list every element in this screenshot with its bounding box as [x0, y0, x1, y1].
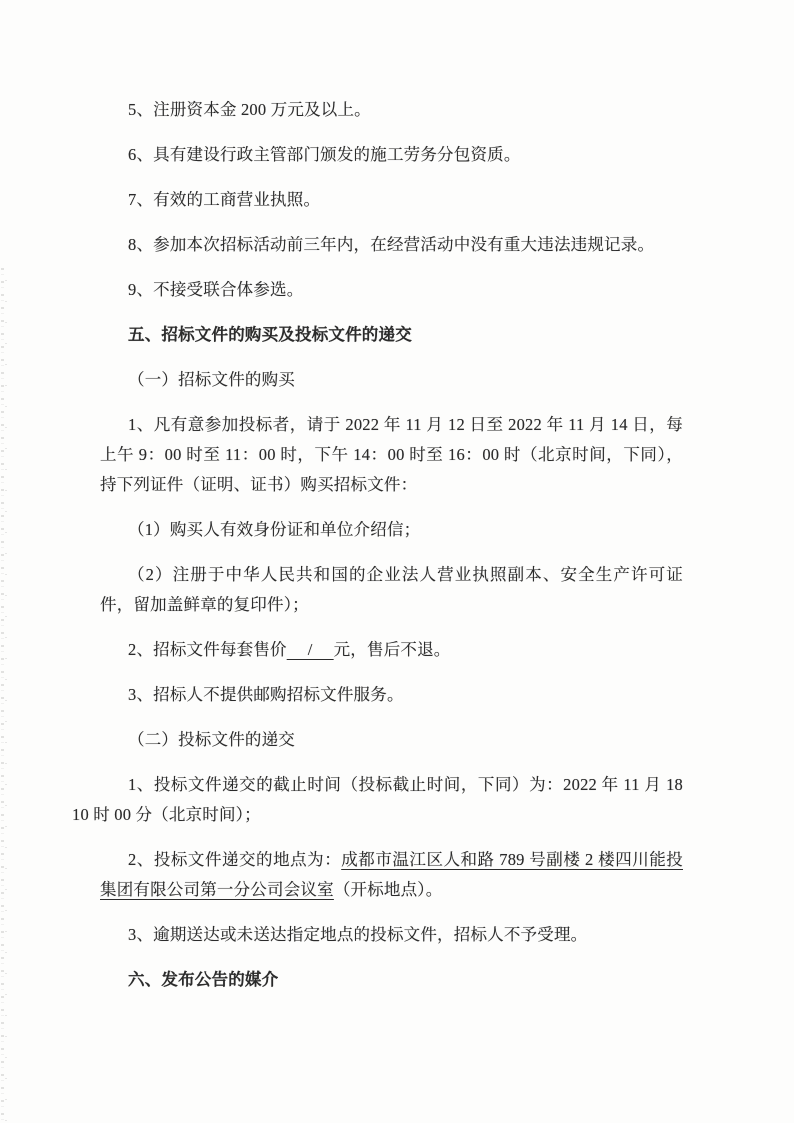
submission-address-line-2: 集团有限公司第一分公司会议室（开标地点）。	[100, 875, 683, 905]
certificate-item-2-line-1: （2）注册于中华人民共和国的企业法人营业执照副本、安全生产许可证（验原	[100, 560, 683, 590]
paragraph-requirement-5: 5、注册资本金 200 万元及以上。	[100, 95, 683, 125]
paragraph-subsection-2-heading: （二）投标文件的递交	[100, 725, 683, 755]
paragraph-requirement-7: 7、有效的工商营业执照。	[100, 185, 683, 215]
address-underlined-part-2: 集团有限公司第一分公司会议室	[100, 880, 334, 899]
paragraph-submission-address: 2、投标文件递交的地点为：成都市温江区人和路 789 号副楼 2 楼四川能投建工…	[100, 845, 683, 905]
section-5-heading: 五、招标文件的购买及投标文件的递交	[100, 320, 683, 350]
paragraph-price: 2、招标文件每套售价 / 元，售后不退。	[100, 635, 683, 665]
paragraph-late-submission: 3、逾期送达或未送达指定地点的投标文件，招标人不予受理。	[100, 920, 683, 950]
requirement-item-8: 8、参加本次招标活动前三年内，在经营活动中没有重大违法违规记录。	[100, 230, 683, 260]
document-body: 5、注册资本金 200 万元及以上。 6、具有建设行政主管部门颁发的施工劳务分包…	[100, 95, 683, 1010]
price-blank-underline: /	[287, 640, 334, 659]
certificate-item-2-line-2: 件，留加盖鲜章的复印件）；	[100, 590, 683, 620]
subsection-2-heading: （二）投标文件的递交	[100, 725, 683, 755]
paragraph-no-mail-order: 3、招标人不提供邮购招标文件服务。	[100, 680, 683, 710]
requirement-item-9: 9、不接受联合体参选。	[100, 275, 683, 305]
no-mail-order-line: 3、招标人不提供邮购招标文件服务。	[100, 680, 683, 710]
requirement-item-6: 6、具有建设行政主管部门颁发的施工劳务分包资质。	[100, 140, 683, 170]
paragraph-deadline: 1、投标文件递交的截止时间（投标截止时间，下同）为：2022 年 11 月 18…	[100, 770, 683, 830]
section-6-heading: 六、发布公告的媒介	[100, 965, 683, 995]
price-text-suffix: 元，售后不退。	[334, 640, 451, 659]
paragraph-requirement-6: 6、具有建设行政主管部门颁发的施工劳务分包资质。	[100, 140, 683, 170]
scanned-document-page: 5、注册资本金 200 万元及以上。 6、具有建设行政主管部门颁发的施工劳务分包…	[0, 0, 794, 1123]
certificate-item-1: （1）购买人有效身份证和单位介绍信；	[100, 515, 683, 545]
subsection-1-heading: （一）招标文件的购买	[100, 365, 683, 395]
deadline-line-2: 10 时 00 分（北京时间）；	[72, 800, 683, 830]
address-text-prefix: 2、投标文件递交的地点为：	[128, 850, 341, 869]
price-line: 2、招标文件每套售价 / 元，售后不退。	[100, 635, 683, 665]
purchase-time-line-2: 上午 9：00 时至 11：00 时，下午 14：00 时至 16：00 时（北…	[100, 440, 683, 470]
purchase-time-line-3: 持下列证件（证明、证书）购买招标文件：	[100, 470, 683, 500]
paragraph-section-6-heading: 六、发布公告的媒介	[100, 965, 683, 995]
paragraph-section-5-heading: 五、招标文件的购买及投标文件的递交	[100, 320, 683, 350]
scan-noise-left-edge	[1, 268, 8, 1123]
price-text-prefix: 2、招标文件每套售价	[128, 640, 287, 659]
requirement-item-7: 7、有效的工商营业执照。	[100, 185, 683, 215]
deadline-line-1: 1、投标文件递交的截止时间（投标截止时间，下同）为：2022 年 11 月 18…	[100, 770, 683, 800]
paragraph-requirement-9: 9、不接受联合体参选。	[100, 275, 683, 305]
purchase-time-line-1: 1、凡有意参加投标者，请于 2022 年 11 月 12 日至 2022 年 1…	[100, 410, 683, 440]
paragraph-requirement-8: 8、参加本次招标活动前三年内，在经营活动中没有重大违法违规记录。	[100, 230, 683, 260]
paragraph-subsection-1-heading: （一）招标文件的购买	[100, 365, 683, 395]
requirement-item-5: 5、注册资本金 200 万元及以上。	[100, 95, 683, 125]
late-submission-line: 3、逾期送达或未送达指定地点的投标文件，招标人不予受理。	[100, 920, 683, 950]
address-text-suffix: （开标地点）。	[334, 880, 443, 899]
paragraph-certificate-2: （2）注册于中华人民共和国的企业法人营业执照副本、安全生产许可证（验原 件，留加…	[100, 560, 683, 620]
paragraph-purchase-time: 1、凡有意参加投标者，请于 2022 年 11 月 12 日至 2022 年 1…	[100, 410, 683, 500]
submission-address-line-1: 2、投标文件递交的地点为：成都市温江区人和路 789 号副楼 2 楼四川能投建工	[100, 845, 683, 875]
paragraph-certificate-1: （1）购买人有效身份证和单位介绍信；	[100, 515, 683, 545]
